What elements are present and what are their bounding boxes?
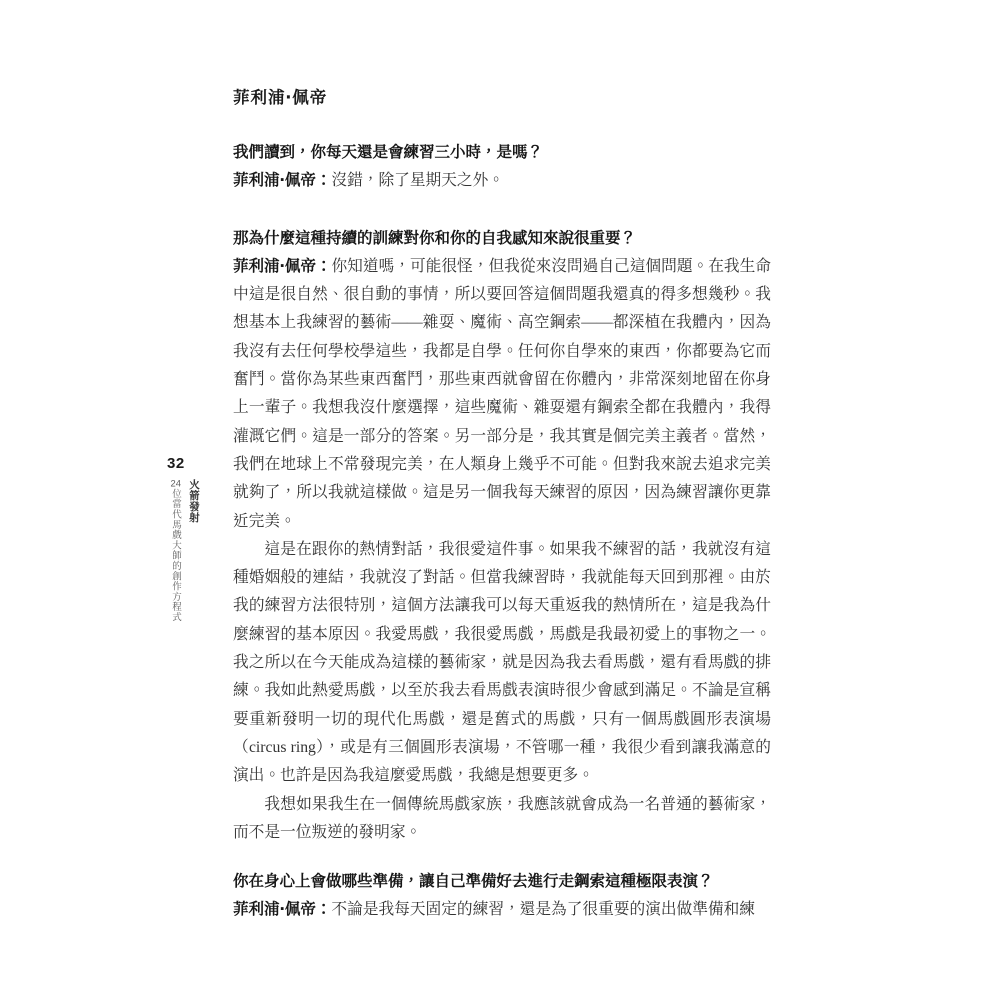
qa-block-3: 你在身心上會做哪些準備，讓自己準備好去進行走鋼索這種極限表演？ 菲利浦‧佩帝：不… [233,868,771,925]
answer-paragraph: 菲利浦‧佩帝：你知道嗎，可能很怪，但我從來沒問過自己這個問題。在我生命中這是很自… [233,253,771,536]
interview-content: 菲利浦‧佩帝 我們讀到，你每天還是會練習三小時，是嗎？ 菲利浦‧佩帝：沒錯，除了… [233,88,771,925]
answer-paragraph: 我想如果我生在一個傳統馬戲家族，我應該就會成為一名普通的藝術家，而不是一位叛逆的… [233,791,771,848]
answer-text: 沒錯，除了星期天之外。 [331,172,504,189]
qa-block-1: 我們讀到，你每天還是會練習三小時，是嗎？ 菲利浦‧佩帝：沒錯，除了星期天之外。 [233,139,771,196]
answer-text: 你知道嗎，可能很怪，但我從來沒問過自己這個問題。在我生命中這是很自然、很自動的事… [233,258,771,530]
question-text: 那為什麼這種持續的訓練對你和你的自我感知來說很重要？ [233,225,771,253]
answer-paragraph: 這是在跟你的熱情對話，我很愛這件事。如果我不練習的話，我就沒有這種婚姻般的連結，… [233,536,771,791]
answer-paragraph: 菲利浦‧佩帝：不論是我每天固定的練習，還是為了很重要的演出做準備和練 [233,896,771,924]
book-title-subtitle: 24位當代馬戲大師的創作方程式 [169,479,182,639]
book-title-subtitle-text: 位當代馬戲大師的創作方程式 [170,489,181,623]
speaker-label: 菲利浦‧佩帝： [233,258,331,275]
book-title-vertical: 火箭發射 24位當代馬戲大師的創作方程式 [169,479,201,639]
running-header: 菲利浦‧佩帝 [233,88,771,109]
question-text: 我們讀到，你每天還是會練習三小時，是嗎？ [233,139,771,167]
question-text: 你在身心上會做哪些準備，讓自己準備好去進行走鋼索這種極限表演？ [233,868,771,896]
answer-paragraph: 菲利浦‧佩帝：沒錯，除了星期天之外。 [233,167,771,195]
book-title-subtitle-number: 24 [170,479,181,489]
book-page: 32 火箭發射 24位當代馬戲大師的創作方程式 菲利浦‧佩帝 我們讀到，你每天還… [0,0,1004,1004]
answer-text: 不論是我每天固定的練習，還是為了很重要的演出做準備和練 [331,901,755,918]
book-title-main: 火箭發射 [186,479,201,639]
speaker-label: 菲利浦‧佩帝： [233,172,331,189]
speaker-label: 菲利浦‧佩帝： [233,901,331,918]
qa-block-2: 那為什麼這種持續的訓練對你和你的自我感知來說很重要？ 菲利浦‧佩帝：你知道嗎，可… [233,225,771,848]
page-number: 32 [167,455,185,473]
